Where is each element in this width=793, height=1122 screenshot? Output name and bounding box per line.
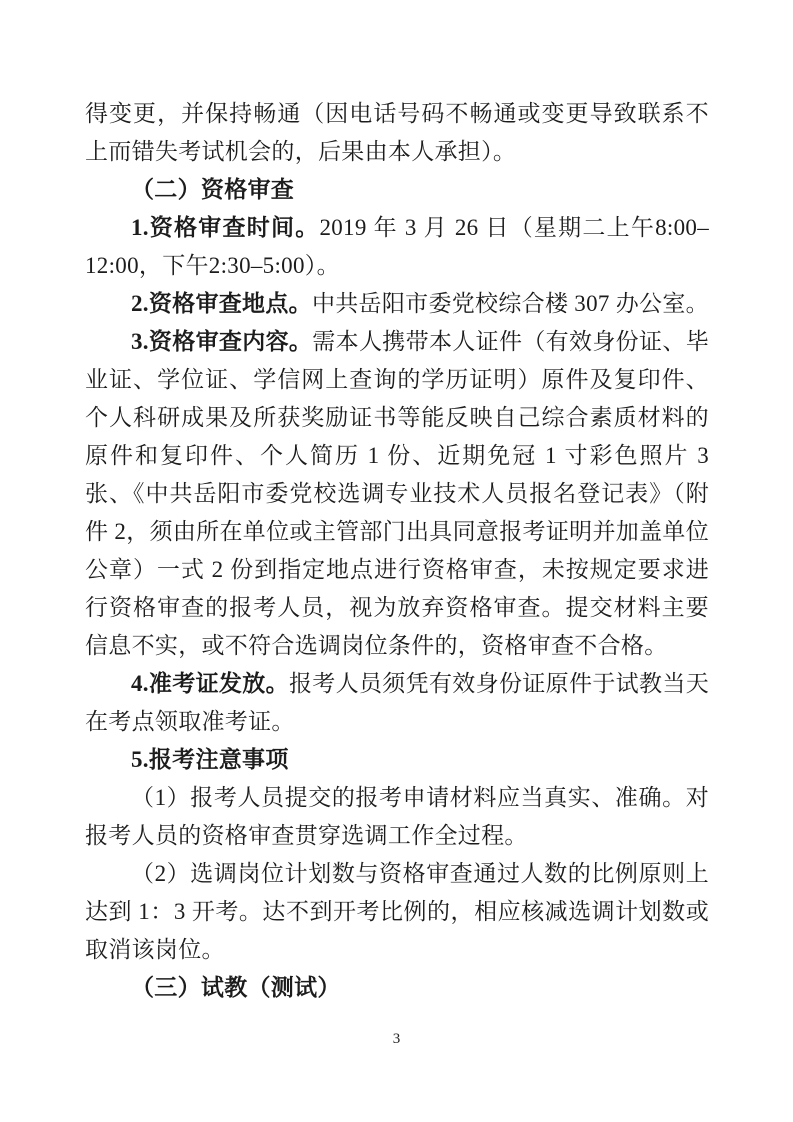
paragraph-text: 需本人携带本人证件（有效身份证、毕业证、学位证、学信网上查询的学历证明）原件及复… xyxy=(85,329,709,658)
paragraph: 2.资格审查地点。中共岳阳市委党校综合楼 307 办公室。 xyxy=(85,285,709,323)
paragraph: （三）试教（测试） xyxy=(85,969,709,1007)
paragraph-text: （三）试教（测试） xyxy=(131,975,341,1000)
paragraph-text: 中共岳阳市委党校综合楼 307 办公室。 xyxy=(312,291,709,316)
paragraph: （2）选调岗位计划数与资格审查通过人数的比例原则上达到 1：3 开考。达不到开考… xyxy=(85,855,709,969)
paragraph: （1）报考人员提交的报考申请材料应当真实、准确。对报考人员的资格审查贯穿选调工作… xyxy=(85,779,709,855)
paragraph: 3.资格审查内容。需本人携带本人证件（有效身份证、毕业证、学位证、学信网上查询的… xyxy=(85,323,709,665)
paragraph-lead: 4.准考证发放。 xyxy=(131,671,289,696)
document-body: 得变更，并保持畅通（因电话号码不畅通或变更导致联系不上而错失考试机会的，后果由本… xyxy=(85,95,709,1007)
page-number: 3 xyxy=(0,1031,793,1048)
paragraph-lead: 3.资格审查内容。 xyxy=(131,329,312,354)
paragraph-text: （二）资格审查 xyxy=(131,177,294,202)
document-page: 得变更，并保持畅通（因电话号码不畅通或变更导致联系不上而错失考试机会的，后果由本… xyxy=(0,0,793,1122)
paragraph-text: （2）选调岗位计划数与资格审查通过人数的比例原则上达到 1：3 开考。达不到开考… xyxy=(85,861,709,962)
paragraph-lead: 1.资格审查时间。 xyxy=(131,215,319,240)
paragraph: 5.报考注意事项 xyxy=(85,741,709,779)
paragraph: 4.准考证发放。报考人员须凭有效身份证原件于试教当天在考点领取准考证。 xyxy=(85,665,709,741)
paragraph-lead: 2.资格审查地点。 xyxy=(131,291,312,316)
paragraph: 1.资格审查时间。2019 年 3 月 26 日（星期二上午8:00–12:00… xyxy=(85,209,709,285)
paragraph-text: 得变更，并保持畅通（因电话号码不畅通或变更导致联系不上而错失考试机会的，后果由本… xyxy=(85,101,709,164)
paragraph: （二）资格审查 xyxy=(85,171,709,209)
paragraph: 得变更，并保持畅通（因电话号码不畅通或变更导致联系不上而错失考试机会的，后果由本… xyxy=(85,95,709,171)
paragraph-text: 5.报考注意事项 xyxy=(131,747,289,772)
paragraph-text: （1）报考人员提交的报考申请材料应当真实、准确。对报考人员的资格审查贯穿选调工作… xyxy=(85,785,709,848)
